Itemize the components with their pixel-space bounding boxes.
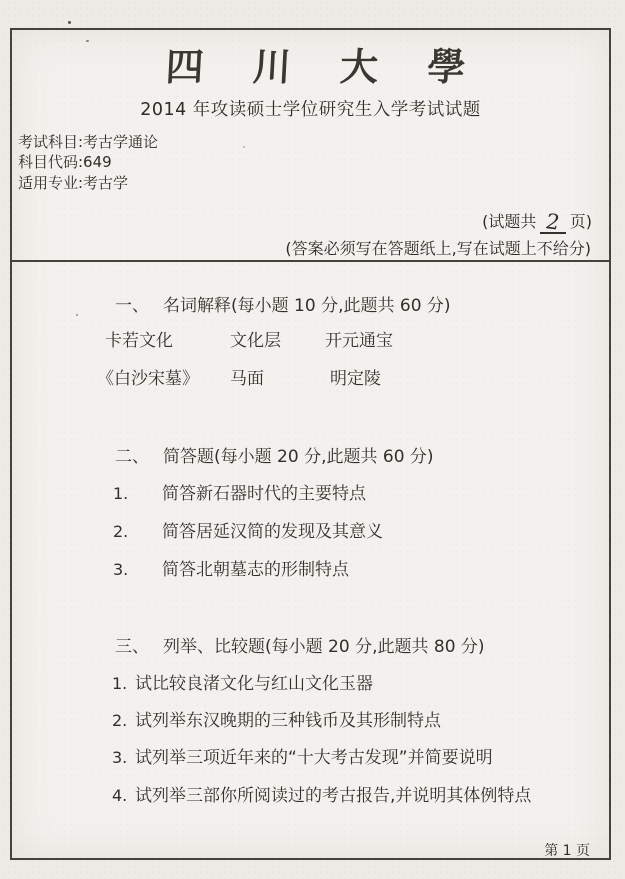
item-number: 2. bbox=[112, 711, 127, 731]
page-number: 第 1 页 bbox=[544, 841, 590, 861]
applicable-major: 适用专业:考古学 bbox=[18, 173, 128, 193]
section-number: 二、 bbox=[115, 447, 149, 467]
item-text: 简答北朝墓志的形制特点 bbox=[162, 560, 349, 580]
pages-note-prefix: (试题共 bbox=[482, 212, 536, 231]
item-text: 试比较良渚文化与红山文化玉器 bbox=[135, 674, 373, 694]
item-text: 简答新石器时代的主要特点 bbox=[162, 484, 366, 504]
item-text: 简答居延汉简的发现及其意义 bbox=[162, 522, 383, 542]
item-number: 1. bbox=[113, 484, 128, 504]
term: 文化层 bbox=[230, 331, 281, 351]
scanned-exam-paper: { "colors": { "paper": "#f3f1ed", "ink":… bbox=[0, 0, 625, 879]
subject-code: 科目代码:649 bbox=[18, 152, 112, 172]
question-item: 2. 简答居延汉简的发现及其意义 bbox=[0, 522, 625, 544]
term: 卡若文化 bbox=[105, 331, 173, 351]
item-number: 4. bbox=[112, 786, 127, 806]
terms-row-2: 《白沙宋墓》 马面 明定陵 bbox=[0, 369, 625, 391]
pages-note: (试题共2页) bbox=[482, 212, 592, 234]
pages-note-suffix: 页) bbox=[570, 212, 592, 231]
item-number: 2. bbox=[113, 522, 128, 542]
item-text: 试列举三部你所阅读过的考古报告,并说明其体例特点 bbox=[135, 786, 531, 806]
exam-subject: 考试科目:考古学通论 bbox=[18, 132, 158, 152]
section-number: 三、 bbox=[115, 637, 149, 657]
term: 马面 bbox=[230, 369, 264, 389]
section-2-heading: 二、 简答题(每小题 20 分,此题共 60 分) bbox=[0, 447, 625, 469]
term: 明定陵 bbox=[330, 369, 381, 389]
question-item: 3. 简答北朝墓志的形制特点 bbox=[0, 560, 625, 582]
item-number: 3. bbox=[112, 748, 127, 768]
term: 《白沙宋墓》 bbox=[97, 369, 199, 389]
scan-speckle bbox=[243, 146, 245, 148]
handwritten-page-count: 2 bbox=[540, 212, 565, 234]
question-item: 2. 试列举东汉晚期的三种钱币及其形制特点 bbox=[0, 711, 625, 733]
section-1-heading: 一、 名词解释(每小题 10 分,此题共 60 分) bbox=[0, 296, 625, 318]
section-3-heading: 三、 列举、比较题(每小题 20 分,此题共 80 分) bbox=[0, 637, 625, 659]
item-number: 3. bbox=[113, 560, 128, 580]
item-text: 试列举三项近年来的“十大考古发现”并简要说明 bbox=[135, 748, 493, 768]
section-number: 一、 bbox=[115, 296, 149, 316]
terms-row-1: 卡若文化 文化层 开元通宝 bbox=[0, 331, 625, 353]
question-item: 1. 试比较良渚文化与红山文化玉器 bbox=[0, 674, 625, 696]
item-number: 1. bbox=[112, 674, 127, 694]
answer-instruction-note: (答案必须写在答题纸上,写在试题上不给分) bbox=[285, 239, 591, 259]
term: 开元通宝 bbox=[325, 331, 393, 351]
scan-speckle bbox=[68, 21, 71, 24]
question-item: 1. 简答新石器时代的主要特点 bbox=[0, 484, 625, 506]
item-text: 试列举东汉晚期的三种钱币及其形制特点 bbox=[135, 711, 441, 731]
section-title: 简答题(每小题 20 分,此题共 60 分) bbox=[163, 447, 434, 467]
question-item: 3. 试列举三项近年来的“十大考古发现”并简要说明 bbox=[0, 748, 625, 770]
header-divider-line bbox=[10, 260, 611, 262]
question-item: 4. 试列举三部你所阅读过的考古报告,并说明其体例特点 bbox=[0, 786, 625, 808]
section-title: 列举、比较题(每小题 20 分,此题共 80 分) bbox=[163, 637, 485, 657]
section-title: 名词解释(每小题 10 分,此题共 60 分) bbox=[163, 296, 451, 316]
exam-title: 2014 年攻读硕士学位研究生入学考试试题 bbox=[10, 100, 611, 120]
university-title: 四 川 大 學 bbox=[9, 42, 625, 92]
